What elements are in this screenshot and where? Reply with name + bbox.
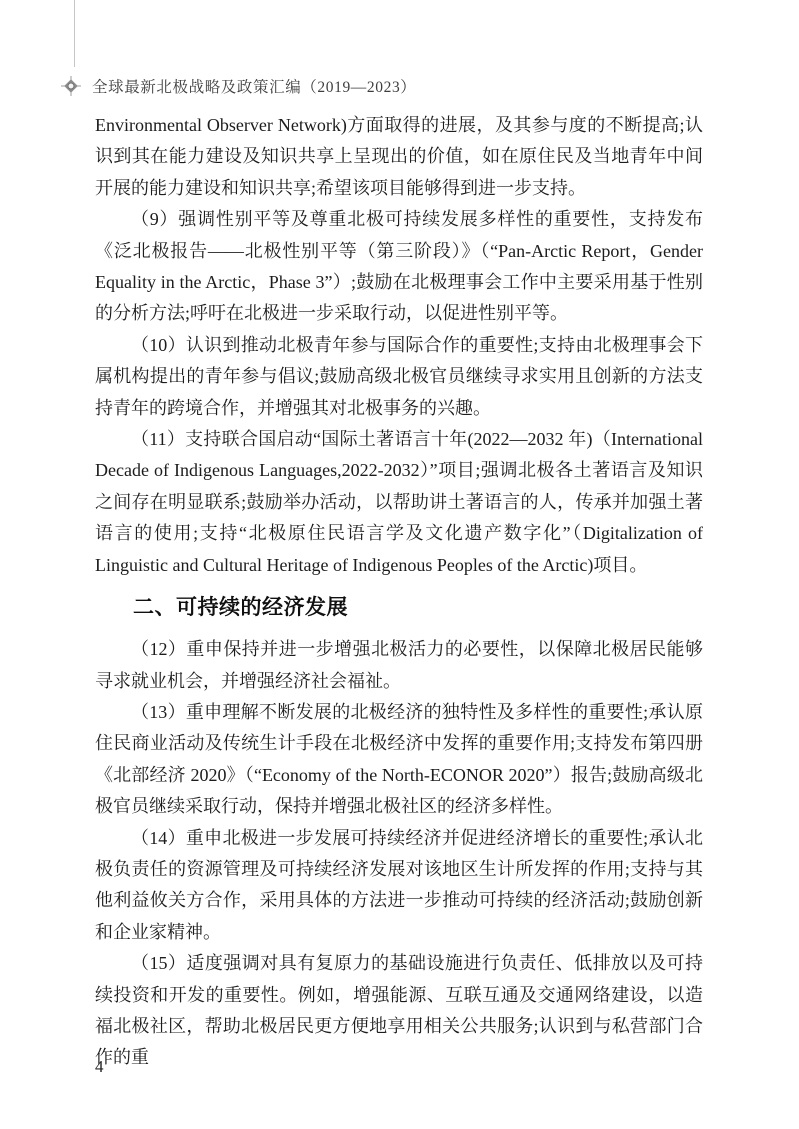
body-paragraph-item11: （11）支持联合国启动“国际土著语言十年(2022—2032 年)（Intern…: [95, 424, 703, 581]
document-page: 全球最新北极战略及政策汇编（2019—2023） Environmental O…: [0, 0, 799, 1129]
margin-crop-line: [74, 0, 75, 67]
section-heading: 二、可持续的经济发展: [95, 595, 703, 621]
compass-icon: [61, 76, 81, 96]
body-paragraph-item10: （10）认识到推动北极青年参与国际合作的重要性;支持由北极理事会下属机构提出的青…: [95, 330, 703, 424]
body-paragraph-item9: （9）强调性别平等及尊重北极可持续发展多样性的重要性，支持发布《泛北极报告——北…: [95, 204, 703, 330]
running-header: 全球最新北极战略及政策汇编（2019—2023）: [61, 75, 416, 97]
page-body: Environmental Observer Network)方面取得的进展，及…: [95, 110, 703, 1074]
body-paragraph-item12: （12）重申保持并进一步增强北极活力的必要性，以保障北极居民能够寻求就业机会，并…: [95, 634, 703, 697]
page-number: 4: [95, 1057, 104, 1077]
body-paragraph-item13: （13）重申理解不断发展的北极经济的独特性及多样性的重要性;承认原住民商业活动及…: [95, 697, 703, 823]
running-header-title: 全球最新北极战略及政策汇编（2019—2023）: [92, 75, 416, 97]
body-paragraph-item15: （15）适度强调对具有复原力的基础设施进行负责任、低排放以及可持续投资和开发的重…: [95, 948, 703, 1074]
body-paragraph-continuation: Environmental Observer Network)方面取得的进展，及…: [95, 110, 703, 204]
body-paragraph-item14: （14）重申北极进一步发展可持续经济并促进经济增长的重要性;承认北极负责任的资源…: [95, 823, 703, 949]
